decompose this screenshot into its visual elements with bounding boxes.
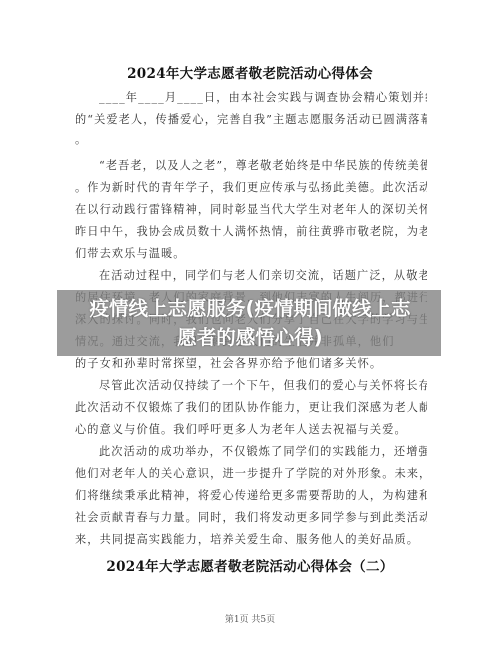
- paragraph-line: 们带去欢乐与温暖。: [75, 245, 427, 261]
- paragraph-line: 。: [75, 131, 427, 147]
- paragraph-line: 社会贡献青春与力量。同时，我们将发动更多同学参与到此类活动中: [75, 509, 427, 525]
- paragraph-line: 尽管此次活动仅持续了一个下午，但我们的爱心与关怀将长存。: [99, 377, 427, 393]
- paragraph-line: 。作为新时代的青年学子，我们更应传承与弘扬此美德。此次活动旨: [75, 179, 427, 195]
- paragraph-line: 昨日中午，我协会成员数十人满怀热情，前往黄骅市敬老院，为老人: [75, 223, 427, 239]
- paragraph-line: ____年____月____日，由本社会实践与调查协会精心策划并组织: [99, 89, 427, 105]
- banner-title-line-1: 疫情线上志愿服务(疫情期间做线上志: [0, 293, 500, 321]
- second-document-title: 2024年大学志愿者敬老院活动心得体会（二）: [0, 555, 500, 575]
- paragraph-line: 此次活动的成功举办，不仅锻炼了同学们的实践能力，还增强了: [99, 443, 427, 459]
- paragraph-line: 此次活动不仅锻炼了我们的团队协作能力，更让我们深感为老人献爱: [75, 399, 427, 415]
- document-title: 2024年大学志愿者敬老院活动心得体会: [0, 62, 500, 82]
- paragraph-line: 的“关爱老人，传播爱心，完善自我”主题志愿服务活动已圆满落幕: [75, 111, 427, 127]
- paragraph-line: 在活动过程中，同学们与老人们亲切交流，话题广泛，从敬老院: [99, 267, 427, 283]
- paragraph-line: 心的意义与价值。我们呼吁更多人为老年人送去祝福与关爱。: [75, 421, 427, 437]
- paragraph-line: 的子女和孙辈时常探望，社会各界亦给予他们诸多关怀。: [75, 355, 427, 371]
- paragraph-line: 在以行动践行雷锋精神，同时彰显当代大学生对老年人的深切关怀。: [75, 201, 427, 217]
- banner-title-line-2: 愿者的感悟心得): [0, 322, 500, 350]
- paragraph-line: 他们对老年人的关心意识，进一步提升了学院的对外形象。未来，我: [75, 465, 427, 481]
- paragraph-line: “老吾老，以及人之老”，尊老敬老始终是中华民族的传统美德: [99, 157, 427, 173]
- paragraph-line: 来，共同提高实践能力，培养关爱生命、服务他人的美好品质。: [75, 531, 427, 547]
- page-footer: 第1页 共5页: [0, 612, 500, 625]
- paragraph-line: 们将继续秉承此精神，将爱心传递给更多需要帮助的人，为构建和谐: [75, 487, 427, 503]
